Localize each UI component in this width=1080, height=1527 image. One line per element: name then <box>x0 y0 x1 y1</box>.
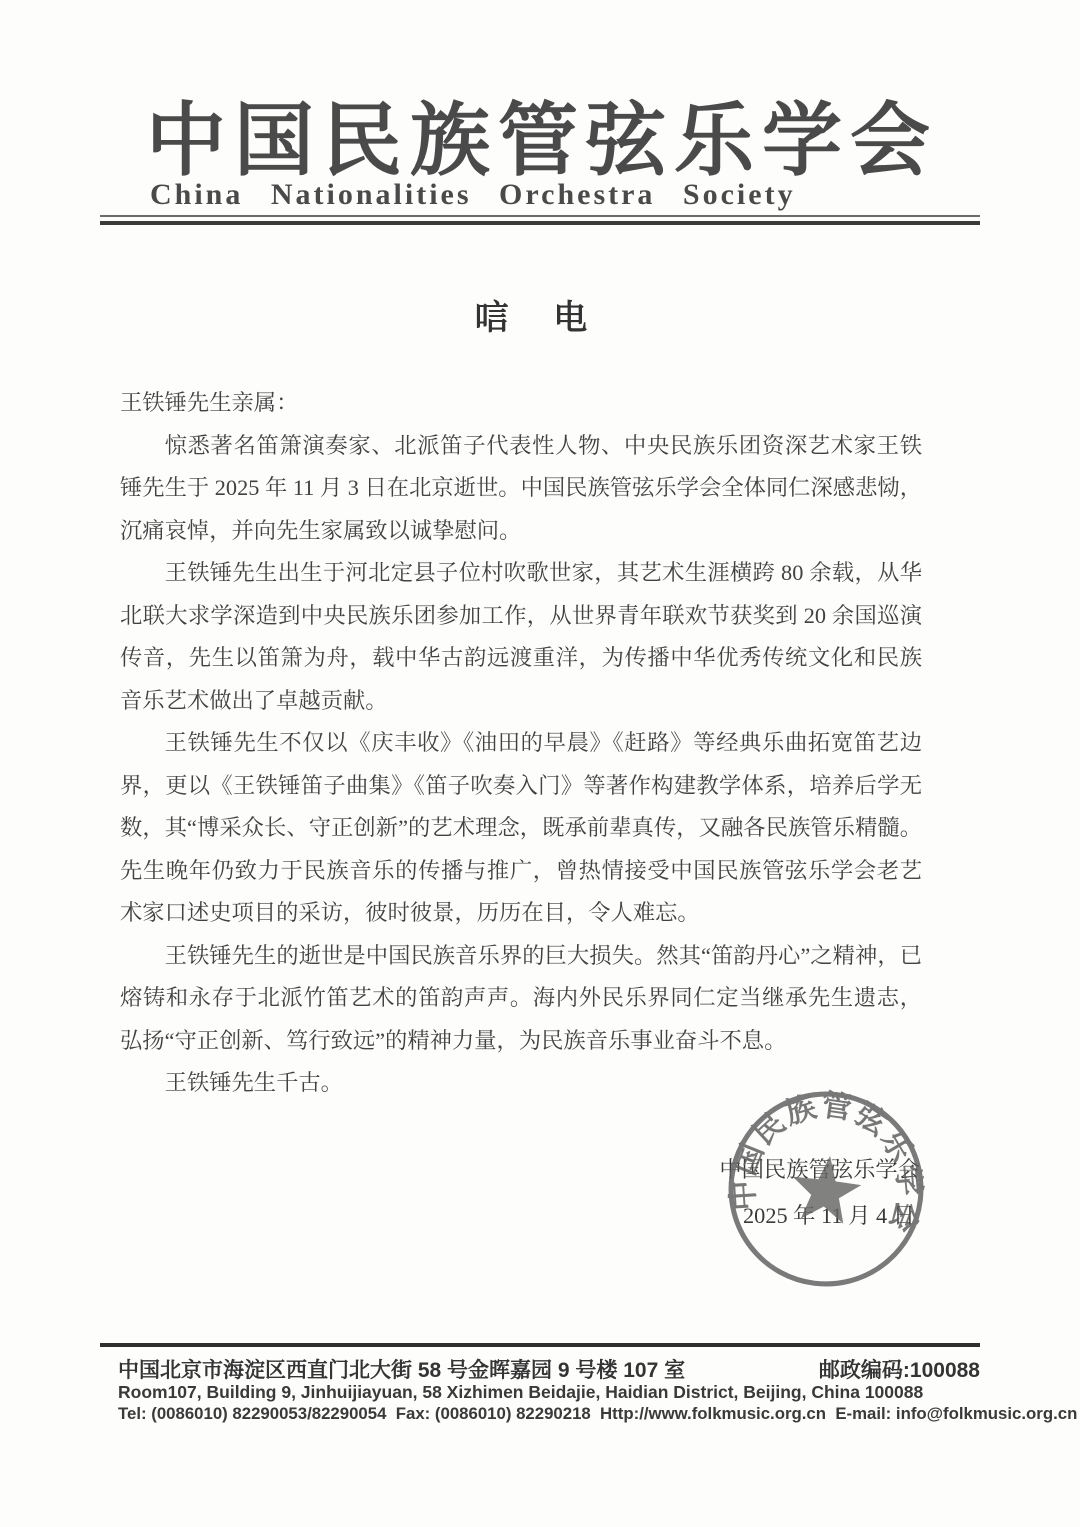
condolence-letter-page: 中国民族管弦乐学会 China Nationalities Orchestra … <box>0 0 1080 1527</box>
footer-address-row: 中国北京市海淀区西直门北大街 58 号金晖嘉园 9 号楼 107 室 邮政编码:… <box>118 1354 980 1384</box>
footer-divider <box>100 1343 980 1347</box>
org-name-english: China Nationalities Orchestra Society <box>150 178 796 212</box>
letter-body: 王铁锤先生亲属： 惊悉著名笛箫演奏家、北派笛子代表性人物、中央民族乐团资深艺术家… <box>120 382 922 1105</box>
signature-date: 2025 年 11 月 4 日 <box>743 1198 915 1230</box>
signature-org-name: 中国民族管弦乐学会 <box>719 1152 920 1184</box>
salutation: 王铁锤先生亲属： <box>120 382 922 425</box>
body-paragraph: 惊悉著名笛箫演奏家、北派笛子代表性人物、中央民族乐团资深艺术家王铁锤先生于 20… <box>120 425 922 553</box>
footer-contact-info: Tel: (0086010) 82290053/82290054 Fax: (0… <box>118 1404 1077 1424</box>
body-paragraph: 王铁锤先生不仅以《庆丰收》《油田的早晨》《赶路》等经典乐曲拓宽笛艺边界，更以《王… <box>120 722 922 935</box>
org-name-chinese: 中国民族管弦乐学会 <box>146 76 938 191</box>
footer-address-en: Room107, Building 9, Jinhuijiayuan, 58 X… <box>118 1382 923 1403</box>
letterhead-divider <box>100 215 980 225</box>
body-paragraph: 王铁锤先生的逝世是中国民族音乐界的巨大损失。然其“笛韵丹心”之精神，已熔铸和永存… <box>120 935 922 1063</box>
footer-postal-code: 邮政编码:100088 <box>819 1354 980 1384</box>
document-title: 唁 电 <box>0 290 1080 339</box>
body-paragraph: 王铁锤先生千古。 <box>120 1062 922 1105</box>
body-paragraph: 王铁锤先生出生于河北定县子位村吹歌世家，其艺术生涯横跨 80 余载，从华北联大求… <box>120 552 922 722</box>
seal-ring <box>720 1083 932 1295</box>
footer-address-cn: 中国北京市海淀区西直门北大街 58 号金晖嘉园 9 号楼 107 室 <box>118 1354 685 1384</box>
official-seal: 中国民族管弦乐学会 <box>713 1076 938 1301</box>
